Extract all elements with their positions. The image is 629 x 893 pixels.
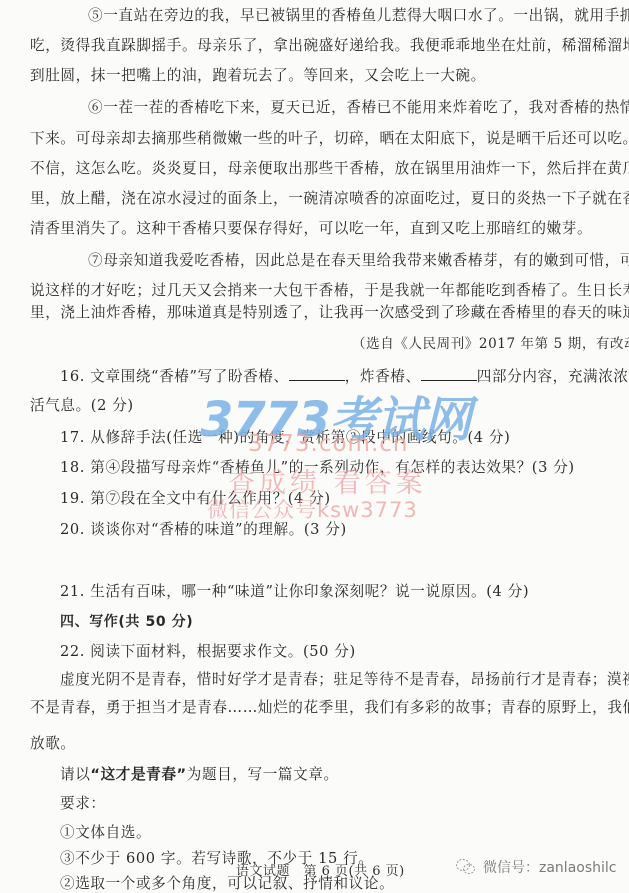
- site-url-watermark: 3773.com.cn: [248, 431, 409, 457]
- passage-line: 不信，这怎么吃。炎炎夏日，母亲便取出那些干香椿，放在锅里用油炸一下，然后拌在黄瓜…: [30, 160, 629, 178]
- passage-line: ⑤一直站在旁边的我，早已被锅里的香椿鱼儿惹得大咽口水了。一出锅，就用手抓起来: [88, 7, 629, 25]
- passage-line: 到肚圆，抹一把嘴上的油，跑着玩去了。等回来，又会吃上一大碗。: [30, 67, 486, 85]
- section-title-writing: 四、写作(共 50 分): [60, 613, 193, 631]
- wechat-id-watermark: 微信号：zanlaoshilc: [455, 857, 616, 877]
- prompt-prefix: 请以: [60, 766, 90, 783]
- requirement-item: ①文体自选。: [60, 824, 151, 842]
- writing-prompt: 请以“这才是青春”为题目，写一篇文章。: [60, 766, 339, 784]
- passage-line: 里，放上醋，浇在凉水浸过的面条上，一碗清凉喷香的凉面吃过，夏日的炎热一下子就在香…: [30, 190, 629, 208]
- material-line: 虚度光阴不是青春，惜时好学才是青春；驻足等待不是青春，昂扬前行才是青春；漠视逃避: [60, 671, 629, 689]
- passage-line: ⑦母亲知道我爱吃香椿，因此总是在春天里给我带来嫩香椿芽，有的嫩到可惜，可母亲却: [88, 252, 629, 270]
- passage-line: ⑥一茬一茬的香椿吃下来，夏天已近，香椿已不能用来炸着吃了，我对香椿的热情也淡了: [88, 99, 629, 117]
- material-line: 不是青春，勇于担当才是青春……灿烂的花季里，我们有多彩的故事；青春的原野上，我们…: [30, 699, 629, 717]
- passage-line: 下来。可母亲却去摘那些稍微嫩一些的叶子，切碎，晒在太阳底下，说是晒干后还可以吃。…: [30, 130, 629, 148]
- question-21: 21. 生活有百味，哪一种“味道”让你印象深刻呢？说一说原因。(4 分): [60, 583, 529, 601]
- prompt-title: “这才是青春”: [90, 766, 186, 783]
- passage-line: 吃，烫得我直跺脚摇手。母亲乐了，拿出碗盛好递给我。我便乖乖地坐在灶前，稀溜稀溜地…: [30, 37, 629, 55]
- answer-blank-1[interactable]: [289, 366, 345, 381]
- promo-watermark-line2: 微信公众号ksw3773: [207, 494, 418, 524]
- material-line: 放歌。: [30, 735, 76, 753]
- prompt-suffix: 为题目，写一篇文章。: [187, 766, 339, 783]
- wechat-icon: [455, 858, 477, 876]
- passage-source: （选自《人民周刊》2017 年第 5 期，有改动）: [352, 335, 629, 353]
- answer-blank-2[interactable]: [421, 366, 477, 381]
- page-footer: 语文试题 第 6 页(共 6 页): [236, 860, 405, 879]
- wechat-id-text: 微信号：zanlaoshilc: [483, 857, 616, 877]
- passage-line: 说这样的才好吃；过几天又会捎来一大包干香椿，于是我就一年都能吃到香椿了。生日长寿…: [30, 282, 629, 300]
- q16-text-c: 四部分内容，充满浓浓的生: [477, 368, 629, 385]
- question-22: 22. 阅读下面材料，根据要求作文。(50 分): [60, 643, 356, 661]
- requirements-label: 要求：: [60, 795, 106, 813]
- passage-line: 里，浇上油炸香椿，那味道真是特别透了，让我再一次感受到了珍藏在香椿里的春天的味道…: [30, 304, 629, 322]
- passage-line: 清香里消失了。这种干香椿只要保存得好，可以吃一年，直到又吃上那暗红的嫩芽。: [30, 220, 592, 238]
- question-16-cont: 活气息。(2 分): [30, 397, 134, 415]
